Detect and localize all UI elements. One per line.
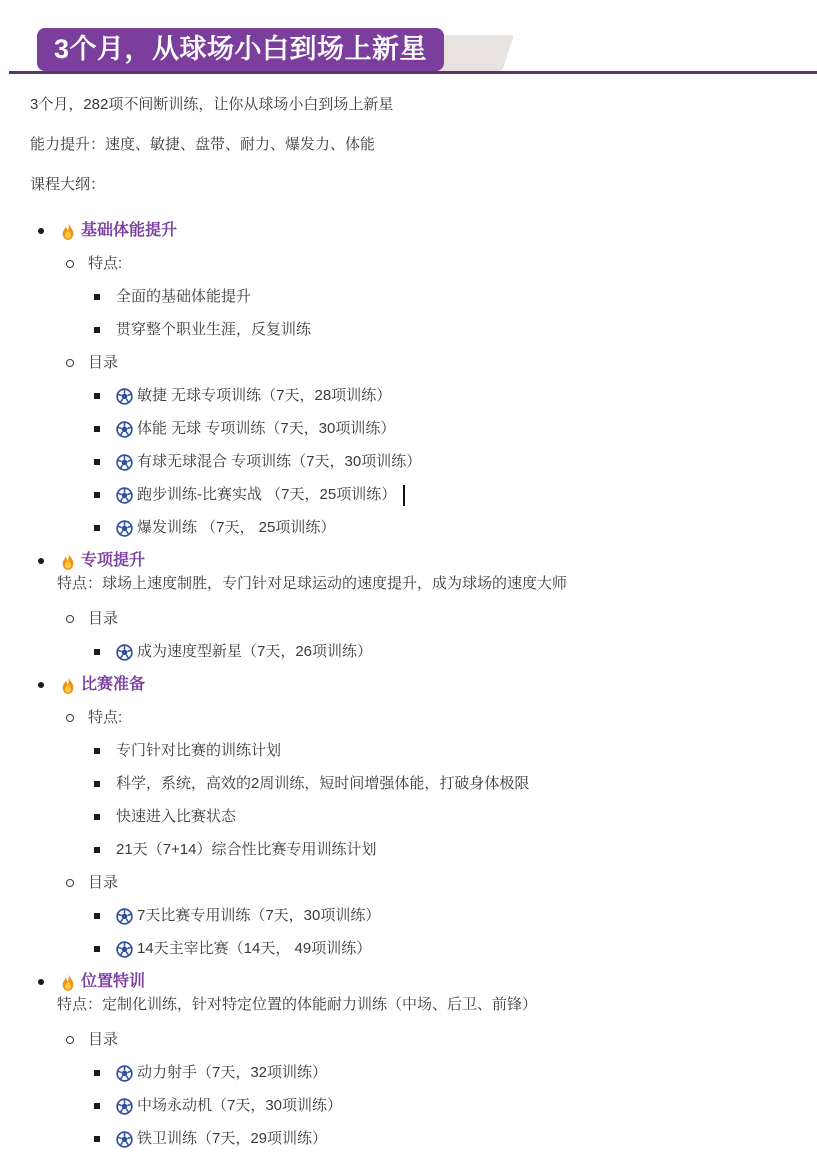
soccer-ball-icon [116,644,133,661]
bullet-circle-icon [66,714,88,722]
bullet-square-icon [94,294,116,300]
course-item[interactable]: 14天主宰比赛（14天， 49项训练） [94,938,817,960]
bullet-circle-icon [66,615,88,623]
bullet-square-icon [94,525,116,531]
soccer-ball-icon [116,487,133,504]
toc-label-row[interactable]: 目录 [66,872,817,894]
features-label[interactable]: 特点: [88,709,122,727]
feature-item[interactable]: 全面的基础体能提升 [94,286,817,308]
course-text[interactable]: 跑步训练-比赛实战 （7天，25项训练） [137,486,396,504]
feature-item[interactable]: 快速进入比赛状态 [94,806,817,828]
course-text[interactable]: 中场永动机（7天，30项训练） [137,1097,342,1115]
toc-label[interactable]: 目录 [88,874,118,892]
feature-text[interactable]: 专门针对比赛的训练计划 [116,742,281,760]
toc-label[interactable]: 目录 [88,1031,118,1049]
course-item[interactable]: 敏捷 无球专项训练（7天，28项训练） [94,385,817,407]
bullet-square-icon [94,847,116,853]
intro-paragraph[interactable]: 课程大纲： [30,177,817,193]
bullet-square-icon [94,459,116,465]
bullet-circle-icon [66,879,88,887]
bullet-square-icon [94,946,116,952]
soccer-ball-icon [116,908,133,925]
course-text[interactable]: 动力射手（7天，32项训练） [137,1064,327,1082]
soccer-ball-icon [116,421,133,438]
bullet-square-icon [94,814,116,820]
section-title[interactable]: 位置特训 [81,973,145,991]
course-text[interactable]: 7天比赛专用训练（7天，30项训练） [137,907,380,925]
section-heading[interactable]: 比赛准备 [38,674,817,696]
bullet-square-icon [94,426,116,432]
course-item[interactable]: 爆发训练 （7天， 25项训练） [94,517,817,539]
flame-icon [60,552,76,571]
soccer-ball-icon [116,520,133,537]
feature-item[interactable]: 科学，系统，高效的2周训练，短时间增强体能，打破身体极限 [94,773,817,795]
course-text[interactable]: 成为速度型新星（7天，26项训练） [137,643,372,661]
section-heading[interactable]: 基础体能提升 [38,220,817,242]
feature-inline[interactable]: 特点：球场上速度制胜，专门针对足球运动的速度提升，成为球场的速度大师 [57,573,817,595]
section-title[interactable]: 基础体能提升 [81,222,177,240]
bullet-disc-icon [38,558,60,564]
feature-text[interactable]: 特点：球场上速度制胜，专门针对足球运动的速度提升，成为球场的速度大师 [57,575,567,593]
course-text[interactable]: 铁卫训练（7天，29项训练） [137,1130,327,1148]
feature-text[interactable]: 科学，系统，高效的2周训练，短时间增强体能，打破身体极限 [116,775,529,793]
course-text[interactable]: 体能 无球 专项训练（7天，30项训练） [137,420,395,438]
features-label-row[interactable]: 特点: [66,707,817,729]
intro-paragraph[interactable]: 能力提升：速度、敏捷、盘带、耐力、爆发力、体能 [30,137,817,153]
page-header: 3个月，从球场小白到场上新星 [0,28,817,74]
flame-icon [60,973,76,992]
course-text[interactable]: 有球无球混合 专项训练（7天，30项训练） [137,453,421,471]
feature-text[interactable]: 21天（7+14）综合性比赛专用训练计划 [116,841,376,859]
soccer-ball-icon [116,1098,133,1115]
course-text[interactable]: 敏捷 无球专项训练（7天，28项训练） [137,387,391,405]
bullet-circle-icon [66,260,88,268]
toc-label[interactable]: 目录 [88,610,118,628]
course-item[interactable]: 中场永动机（7天，30项训练） [94,1095,817,1117]
flame-icon [60,676,76,695]
soccer-ball-icon [116,941,133,958]
flame-icon [60,222,76,241]
section-title[interactable]: 比赛准备 [81,676,145,694]
feature-text[interactable]: 快速进入比赛状态 [116,808,236,826]
bullet-disc-icon [38,228,60,234]
feature-item[interactable]: 21天（7+14）综合性比赛专用训练计划 [94,839,817,861]
toc-label-row[interactable]: 目录 [66,608,817,630]
bullet-disc-icon [38,979,60,985]
course-item[interactable]: 动力射手（7天，32项训练） [94,1062,817,1084]
bullet-square-icon [94,327,116,333]
feature-inline[interactable]: 特点：定制化训练，针对特定位置的体能耐力训练（中场、后卫、前锋） [57,994,817,1016]
course-item[interactable]: 7天比赛专用训练（7天，30项训练） [94,905,817,927]
bullet-square-icon [94,913,116,919]
feature-text[interactable]: 贯穿整个职业生涯，反复训练 [116,321,311,339]
course-item[interactable]: 铁卫训练（7天，29项训练） [94,1128,817,1150]
bullet-circle-icon [66,1036,88,1044]
banner-row: 3个月，从球场小白到场上新星 [37,28,817,71]
course-text[interactable]: 14天主宰比赛（14天， 49项训练） [137,940,371,958]
toc-label-row[interactable]: 目录 [66,1029,817,1051]
feature-text[interactable]: 全面的基础体能提升 [116,288,251,306]
soccer-ball-icon [116,1131,133,1148]
section-title[interactable]: 专项提升 [81,552,145,570]
bullet-square-icon [94,748,116,754]
soccer-ball-icon [116,388,133,405]
header-rule [9,71,817,74]
bullet-square-icon [94,649,116,655]
section-heading[interactable]: 专项提升 [38,550,817,572]
feature-item[interactable]: 专门针对比赛的训练计划 [94,740,817,762]
intro-paragraph[interactable]: 3个月，282项不间断训练，让你从球场小白到场上新星 [30,97,817,113]
bullet-circle-icon [66,359,88,367]
feature-item[interactable]: 贯穿整个职业生涯，反复训练 [94,319,817,341]
course-outline: 基础体能提升 特点: 全面的基础体能提升 贯穿整个职业生涯，反复训练 目录 敏捷… [0,220,817,1150]
features-label[interactable]: 特点: [88,255,122,273]
bullet-square-icon [94,393,116,399]
page-title: 3个月，从球场小白到场上新星 [37,28,444,71]
feature-text[interactable]: 特点：定制化训练，针对特定位置的体能耐力训练（中场、后卫、前锋） [57,996,537,1014]
soccer-ball-icon [116,1065,133,1082]
course-item[interactable]: 体能 无球 专项训练（7天，30项训练） [94,418,817,440]
bullet-square-icon [94,781,116,787]
section-heading[interactable]: 位置特训 [38,971,817,993]
course-item[interactable]: 有球无球混合 专项训练（7天，30项训练） [94,451,817,473]
bullet-square-icon [94,1103,116,1109]
bullet-square-icon [94,492,116,498]
bullet-square-icon [94,1070,116,1076]
text-cursor [403,485,405,506]
soccer-ball-icon [116,454,133,471]
bullet-disc-icon [38,682,60,688]
course-text[interactable]: 爆发训练 （7天， 25项训练） [137,519,335,537]
toc-label-row[interactable]: 目录 [66,352,817,374]
bullet-square-icon [94,1136,116,1142]
toc-label[interactable]: 目录 [88,354,118,372]
course-item[interactable]: 成为速度型新星（7天，26项训练） [94,641,817,663]
features-label-row[interactable]: 特点: [66,253,817,275]
course-item[interactable]: 跑步训练-比赛实战 （7天，25项训练） [94,484,817,506]
